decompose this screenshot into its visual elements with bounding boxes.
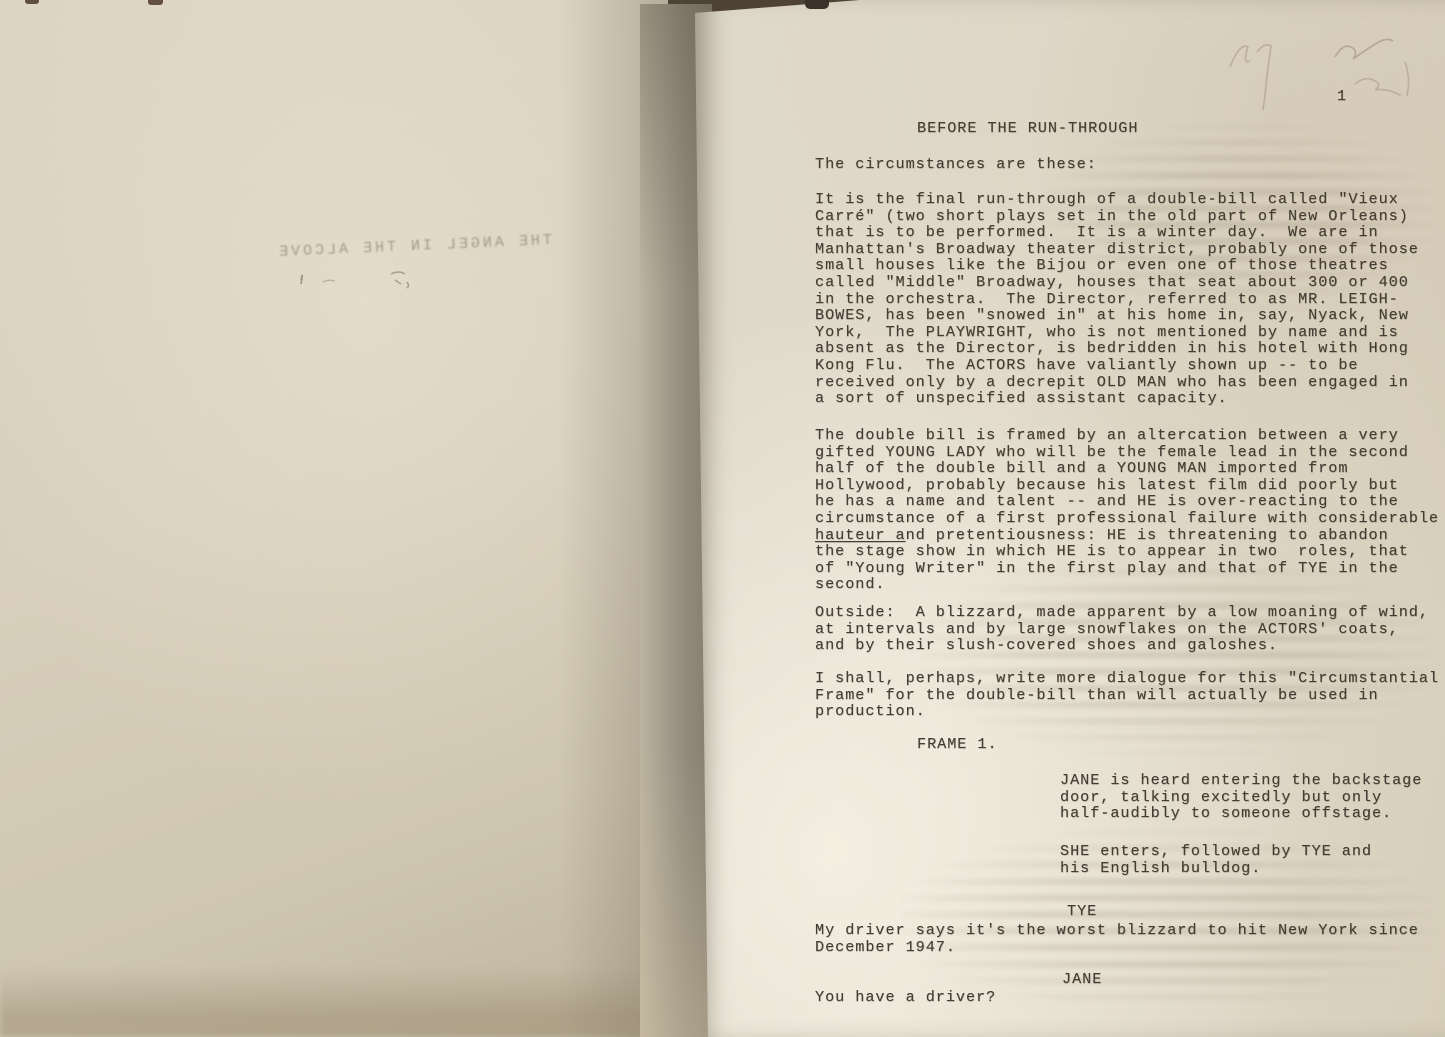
character-cue: JANE	[1062, 971, 1102, 988]
intro-line: The circumstances are these:	[815, 156, 1097, 173]
paragraph-part: The double bill is framed by an altercat…	[815, 426, 1439, 527]
paragraph-i-shall: I shall, perhaps, write more dialogue fo…	[815, 670, 1439, 720]
scene-heading: BEFORE THE RUN-THROUGH	[917, 120, 1138, 137]
background-nick	[805, 0, 829, 9]
overlined-words: the stage	[815, 542, 906, 560]
bottom-stain	[0, 967, 668, 1037]
paragraph-setup: It is the final run-through of a double-…	[815, 191, 1419, 407]
pencil-marks	[295, 262, 455, 302]
edge-speck	[25, 0, 39, 4]
typed-script-page: 1 BEFORE THE RUN-THROUGH The circumstanc…	[695, 0, 1445, 1037]
frame-label: FRAME 1.	[917, 736, 998, 753]
handwritten-scribble	[1215, 12, 1435, 122]
paragraph-part: and pretentiousness: HE is threatening t…	[885, 526, 1388, 544]
stage-direction: JANE is heard entering the backstage doo…	[1060, 772, 1422, 822]
left-blank-page: THE ANGEL IN THE ALCOVE	[0, 0, 668, 1037]
edge-speck	[148, 0, 163, 5]
stage-direction: SHE enters, followed by TYE and his Engl…	[1060, 843, 1372, 876]
character-cue: TYE	[1067, 903, 1097, 920]
paragraph-outside: Outside: A blizzard, made apparent by a …	[815, 604, 1429, 654]
dialogue-line: You have a driver?	[815, 989, 996, 1006]
dialogue-line: My driver says it's the worst blizzard t…	[815, 922, 1419, 955]
paragraph-double-bill: The double bill is framed by an altercat…	[815, 427, 1439, 593]
underlined-word: hauteur	[815, 526, 885, 544]
page-number: 1	[1337, 88, 1347, 105]
bleed-through-title: THE ANGEL IN THE ALCOVE	[272, 232, 552, 261]
